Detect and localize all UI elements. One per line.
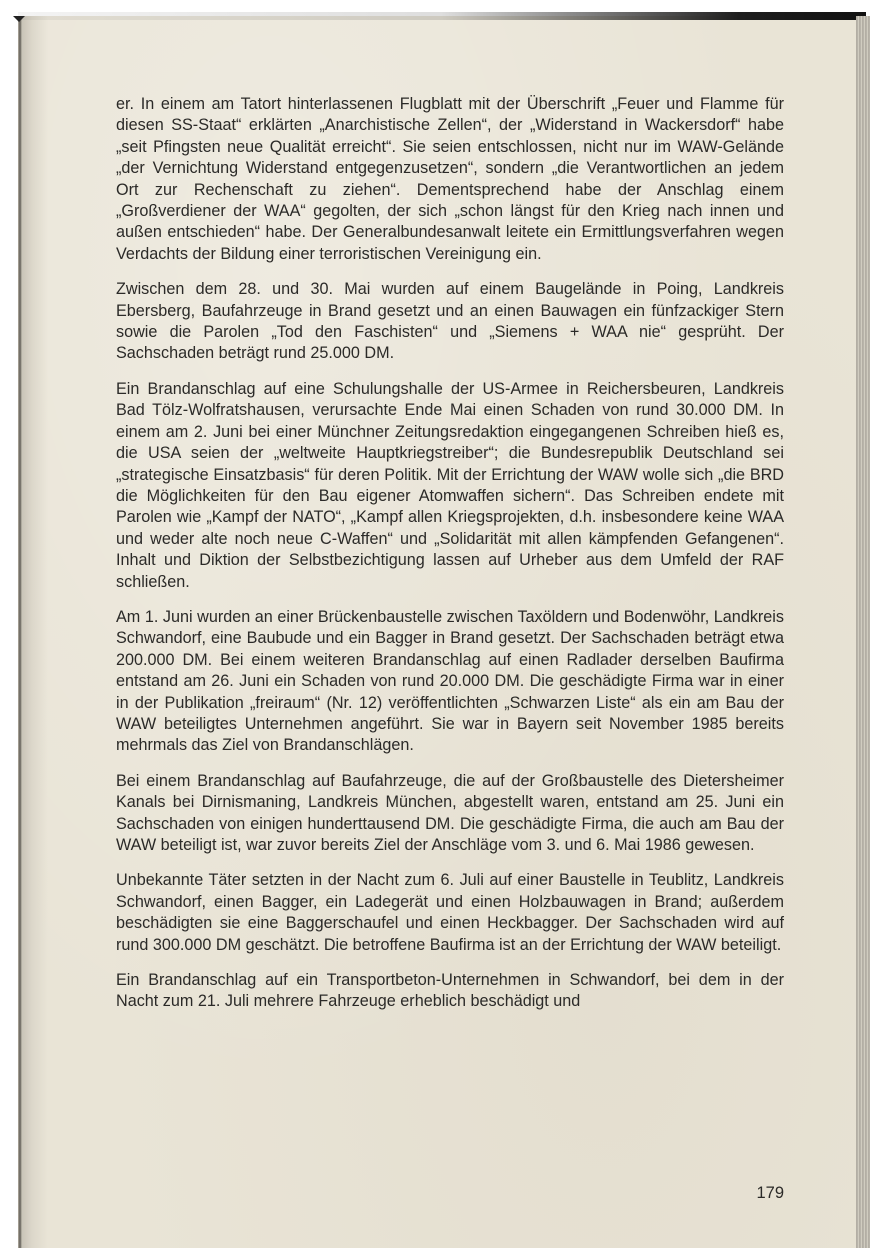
paragraph-poing: Zwischen dem 28. und 30. Mai wurden auf … — [116, 279, 784, 365]
book-gutter — [18, 16, 48, 1248]
paragraph-taxoeldern: Am 1. Juni wurden an einer Brückenbauste… — [116, 607, 784, 757]
page-number: 179 — [746, 1184, 784, 1203]
paragraph-dietersheim: Bei einem Brandanschlag auf Baufahrzeuge… — [116, 771, 784, 857]
page-top-edge — [18, 12, 866, 20]
paragraph-schwandorf: Ein Brandanschlag auf ein Transportbeton… — [116, 970, 784, 1013]
paragraph-reichersbeuren: Ein Brandanschlag auf eine Schulungshall… — [116, 379, 784, 593]
body-text: er. In einem am Tatort hinterlassenen Fl… — [116, 94, 784, 1027]
paragraph-teublitz: Unbekannte Täter setzten in der Nacht zu… — [116, 870, 784, 956]
page-stack-edge — [856, 16, 870, 1248]
paragraph-flugblatt: er. In einem am Tatort hinterlassenen Fl… — [116, 94, 784, 265]
